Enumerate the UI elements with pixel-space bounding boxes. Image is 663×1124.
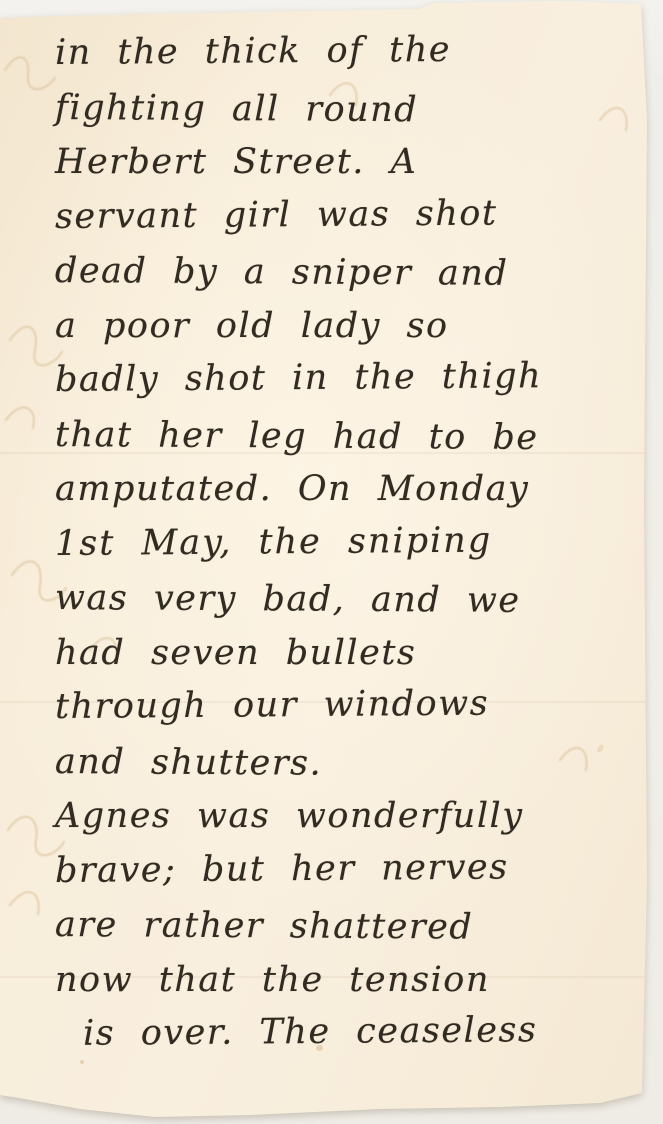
handwritten-line: a poor old lady so <box>55 299 643 354</box>
scan-backdrop: in the thick of the fighting all round H… <box>0 0 663 1124</box>
handwritten-line: fighting all round <box>55 81 643 139</box>
handwritten-line: through our windows <box>55 675 643 734</box>
handwritten-line: are rather shattered <box>55 898 643 956</box>
foxing-spot <box>80 1060 84 1064</box>
handwritten-line: that her leg had to be <box>55 408 643 466</box>
handwritten-line: now that the tension <box>55 953 643 1008</box>
handwritten-line: in the thick of the <box>55 21 643 80</box>
handwritten-letter-body: in the thick of the fighting all round H… <box>55 26 643 1062</box>
handwritten-line: and shutters. <box>55 735 643 793</box>
handwritten-line: badly shot in the thigh <box>55 348 643 407</box>
foxing-spot <box>316 1045 323 1051</box>
handwritten-line: dead by a sniper and <box>55 244 643 302</box>
handwritten-line: servant girl was shot <box>55 185 643 244</box>
letter-paper: in the thick of the fighting all round H… <box>0 0 663 1124</box>
handwritten-line: brave; but her nerves <box>55 839 643 898</box>
handwritten-line: amputated. On Monday <box>55 462 643 517</box>
letter-page: in the thick of the fighting all round H… <box>0 0 663 1124</box>
handwritten-line: 1st May, the sniping <box>55 512 643 571</box>
handwritten-line: Agnes was wonderfully <box>55 789 643 844</box>
handwritten-line: was very bad, and we <box>55 571 643 629</box>
handwritten-line: is over. The ceaseless <box>55 1002 643 1061</box>
handwritten-line: Herbert Street. A <box>55 135 643 190</box>
handwritten-line: had seven bullets <box>55 626 643 681</box>
